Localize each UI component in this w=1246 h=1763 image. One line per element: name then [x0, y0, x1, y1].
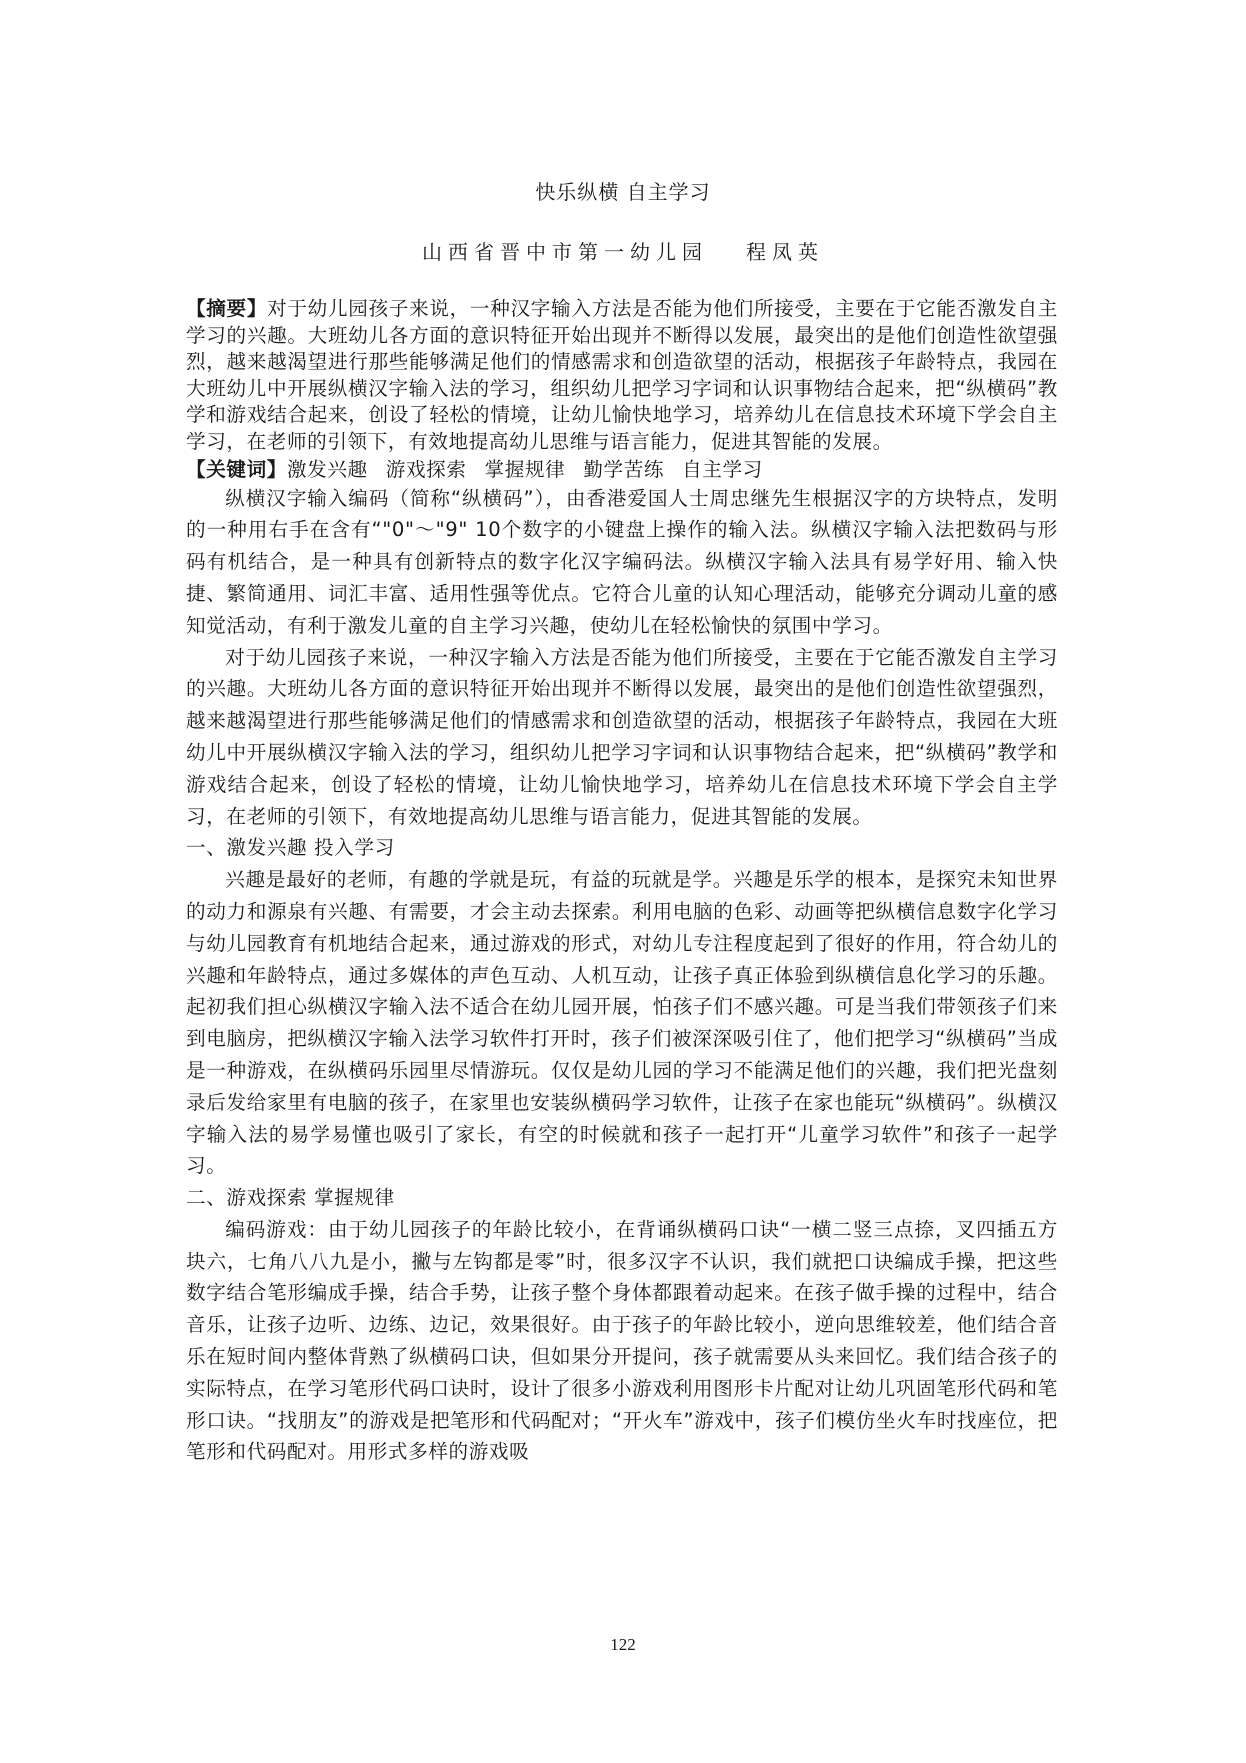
article-body: 【摘要】对于幼儿园孩子来说，一种汉字输入方法是否能为他们所接受，主要在于它能否激… — [186, 296, 1058, 1468]
abstract: 【摘要】对于幼儿园孩子来说，一种汉字输入方法是否能为他们所接受，主要在于它能否激… — [186, 296, 1058, 456]
keyword: 自主学习 — [682, 458, 763, 481]
section-heading: 二、游戏探索 掌握规律 — [186, 1182, 1058, 1214]
article-title: 快乐纵横 自主学习 — [0, 178, 1246, 206]
author-name: 程凤英 — [746, 240, 824, 264]
intro-paragraph: 对于幼儿园孩子来说，一种汉字输入方法是否能为他们所接受，主要在于它能否激发自主学… — [186, 642, 1058, 833]
abstract-text: 对于幼儿园孩子来说，一种汉字输入方法是否能为他们所接受，主要在于它能否激发自主学… — [186, 297, 1058, 453]
keyword: 游戏探索 — [386, 458, 467, 481]
section-heading: 一、激发兴趣 投入学习 — [186, 832, 1058, 864]
document-page: 快乐纵横 自主学习 山西省晋中市第一幼儿园程凤英 【摘要】对于幼儿园孩子来说，一… — [0, 0, 1246, 1763]
page-number: 122 — [0, 1634, 1246, 1656]
byline: 山西省晋中市第一幼儿园程凤英 — [0, 238, 1246, 266]
keywords-label: 【关键词】 — [186, 458, 287, 481]
section-paragraph: 兴趣是最好的老师，有趣的学就是玩，有益的玩就是学。兴趣是乐学的根本，是探究未知世… — [186, 864, 1058, 1182]
keyword: 掌握规律 — [485, 458, 566, 481]
author-organization: 山西省晋中市第一幼儿园 — [422, 240, 708, 264]
keyword: 激发兴趣 — [287, 458, 368, 481]
keywords: 【关键词】激发兴趣游戏探索掌握规律勤学苦练自主学习 — [186, 456, 1058, 483]
abstract-label: 【摘要】 — [186, 297, 267, 320]
keyword: 勤学苦练 — [583, 458, 664, 481]
section-paragraph: 编码游戏：由于幼儿园孩子的年龄比较小，在背诵纵横码口诀“一横二竖三点捺，叉四插五… — [186, 1214, 1058, 1468]
intro-paragraph: 纵横汉字输入编码（简称“纵横码”），由香港爱国人士周忠继先生根据汉字的方块特点，… — [186, 483, 1058, 642]
